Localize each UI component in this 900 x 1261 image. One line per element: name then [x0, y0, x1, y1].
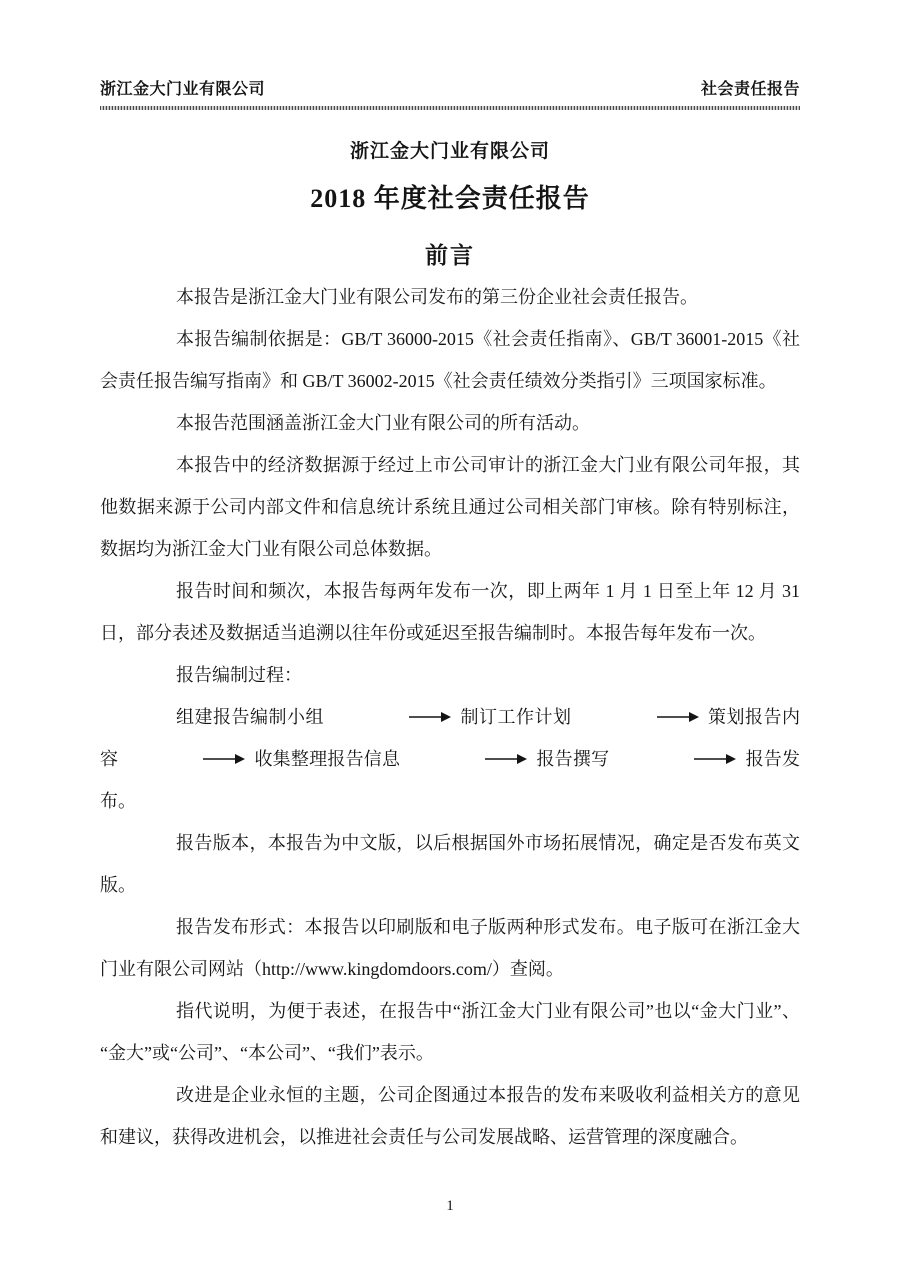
header-divider	[100, 106, 800, 110]
paragraph: 报告发布形式：本报告以印刷版和电子版两种形式发布。电子版可在浙江金大门业有限公司…	[100, 906, 800, 990]
paragraph: 报告时间和频次，本报告每两年发布一次，即上两年 1 月 1 日至上年 12 月 …	[100, 570, 800, 654]
paragraph: 本报告范围涵盖浙江金大门业有限公司的所有活动。	[100, 402, 800, 444]
paragraph: 指代说明，为便于表述，在报告中“浙江金大门业有限公司”也以“金大门业”、“金大”…	[100, 990, 800, 1074]
paragraph: 本报告是浙江金大门业有限公司发布的第三份企业社会责任报告。	[100, 276, 800, 318]
header-company-name: 浙江金大门业有限公司	[100, 76, 265, 99]
page-header: 浙江金大门业有限公司 社会责任报告	[100, 76, 800, 106]
paragraph: 改进是企业永恒的主题，公司企图通过本报告的发布来吸收利益相关方的意见和建议，获得…	[100, 1074, 800, 1158]
section-heading-preface: 前言	[100, 237, 800, 270]
report-title: 2018 年度社会责任报告	[100, 178, 800, 215]
right-arrow-icon	[618, 753, 736, 765]
flow-step: 组建报告编制小组	[176, 707, 324, 727]
right-arrow-icon	[409, 753, 527, 765]
document-body: 浙江金大门业有限公司 2018 年度社会责任报告 前言 本报告是浙江金大门业有限…	[100, 136, 800, 1158]
company-title: 浙江金大门业有限公司	[100, 136, 800, 163]
page-number: 1	[0, 1198, 900, 1215]
paragraph: 本报告中的经济数据源于经过上市公司审计的浙江金大门业有限公司年报，其他数据来源于…	[100, 444, 800, 570]
header-report-name: 社会责任报告	[701, 76, 800, 99]
flow-step: 收集整理报告信息	[254, 749, 400, 769]
paragraph: 报告编制过程：	[100, 654, 800, 696]
right-arrow-icon	[127, 753, 245, 765]
paragraph: 本报告编制依据是：GB/T 36000-2015《社会责任指南》、GB/T 36…	[100, 318, 800, 402]
paragraph: 报告版本，本报告为中文版，以后根据国外市场拓展情况，确定是否发布英文版。	[100, 822, 800, 906]
right-arrow-icon	[581, 711, 699, 723]
flow-step: 报告撰写	[536, 749, 609, 769]
flow-step: 制订工作计划	[460, 707, 572, 727]
report-process-flow: 组建报告编制小组制订工作计划策划报告内容收集整理报告信息报告撰写报告发布。	[100, 696, 800, 822]
right-arrow-icon	[333, 711, 451, 723]
